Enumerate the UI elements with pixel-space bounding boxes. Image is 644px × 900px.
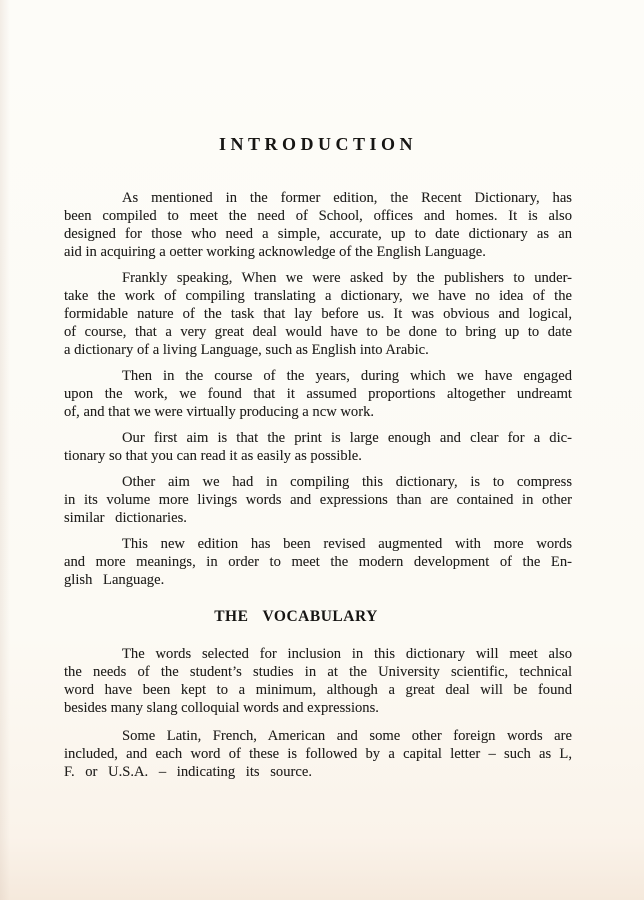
text-line: tionary so that you can read it as easil… xyxy=(64,447,572,465)
text-line: a dictionary of a living Language, such … xyxy=(64,341,572,359)
text-line: Our first aim is that the print is large… xyxy=(64,429,572,447)
text-line: the needs of the student’s studies in at… xyxy=(64,663,572,681)
text-line: The words selected for inclusion in this… xyxy=(64,645,572,663)
paragraph: Some Latin, French, American and some ot… xyxy=(64,727,572,781)
paragraph: This new edition has been revised augmen… xyxy=(64,535,572,589)
text-line: Some Latin, French, American and some ot… xyxy=(64,727,572,745)
text-line: word have been kept to a minimum, althou… xyxy=(64,681,572,699)
text-line: This new edition has been revised augmen… xyxy=(64,535,572,553)
page-title: INTRODUCTION xyxy=(64,133,572,155)
paragraph: Our first aim is that the print is large… xyxy=(64,429,572,465)
text-line: included, and each word of these is foll… xyxy=(64,745,572,763)
scanned-page: INTRODUCTION As mentioned in the former … xyxy=(0,0,644,900)
text-line: designed for those who need a simple, ac… xyxy=(64,225,572,243)
text-line: in its volume more livings words and exp… xyxy=(64,491,572,509)
text-line: take the work of compiling translating a… xyxy=(64,287,572,305)
text-line: glish Language. xyxy=(64,571,572,589)
text-line: of, and that we were virtually producing… xyxy=(64,403,572,421)
text-line: F. or U.S.A. – indicating its source. xyxy=(64,763,572,781)
text-line: formidable nature of the task that lay b… xyxy=(64,305,572,323)
text-line: and more meanings, in order to meet the … xyxy=(64,553,572,571)
text-line: of course, that a very great deal would … xyxy=(64,323,572,341)
paragraph: The words selected for inclusion in this… xyxy=(64,645,572,717)
paragraph: As mentioned in the former edition, the … xyxy=(64,189,572,261)
page-content: INTRODUCTION As mentioned in the former … xyxy=(64,133,572,789)
text-line: Other aim we had in compiling this dicti… xyxy=(64,473,572,491)
text-line: Then in the course of the years, during … xyxy=(64,367,572,385)
section-heading-vocabulary: THE VOCABULARY xyxy=(42,607,550,627)
paragraph: Frankly speaking, When we were asked by … xyxy=(64,269,572,359)
text-line: As mentioned in the former edition, the … xyxy=(64,189,572,207)
paragraph: Other aim we had in compiling this dicti… xyxy=(64,473,572,527)
paragraph: Then in the course of the years, during … xyxy=(64,367,572,421)
text-line: similar dictionaries. xyxy=(64,509,572,527)
text-line: aid in acquiring a oetter working acknow… xyxy=(64,243,572,261)
text-line: upon the work, we found that it assumed … xyxy=(64,385,572,403)
text-line: besides many slang colloquial words and … xyxy=(64,699,572,717)
text-line: Frankly speaking, When we were asked by … xyxy=(64,269,572,287)
text-line: been compiled to meet the need of School… xyxy=(64,207,572,225)
